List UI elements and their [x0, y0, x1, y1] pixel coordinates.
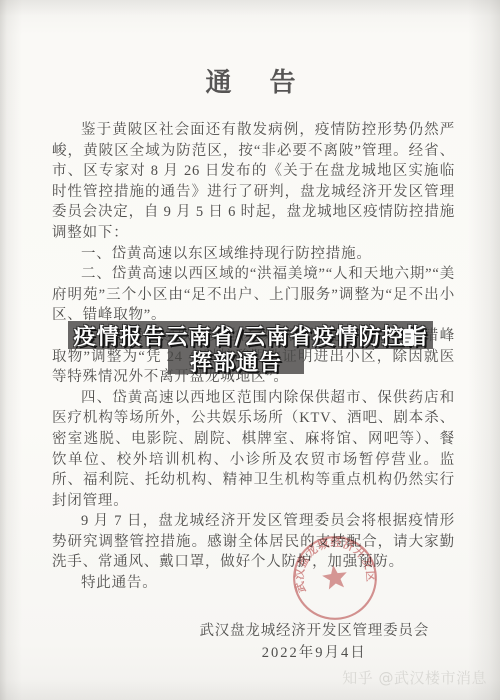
caption-line-2-text: 挥部通告 — [190, 346, 282, 377]
photo-container: 通 告 鉴于黄陂区社会面还有散发病例，疫情防控形势仍然严峻，黄陂区全域为防范区，… — [0, 0, 500, 700]
official-seal: 武汉盘龙城经济开发区管理委员会 — [280, 523, 391, 634]
notice-paragraph: 特此通告。 — [52, 573, 455, 594]
signature-date: 2022年9月4日 — [200, 642, 430, 664]
notice-paragraph: 四、岱黄高速以西地区范围内除保供超市、保供药店和医疗机构等场所外，公共娱乐场所（… — [52, 388, 455, 512]
notice-paragraph: 9 月 7 日，盘龙城经济开发区管理委员会将根据疫情形势研究调整管控措施。感谢全… — [52, 511, 455, 573]
seal-star-icon — [321, 563, 349, 590]
notice-title: 通 告 — [52, 62, 455, 99]
watermark-credit: 知乎 @武汉楼市消息 — [342, 667, 487, 688]
notice-paragraph: 二、岱黄高速以西区域的“洪福美境”“人和天地六期”“美府明苑”三个小区由“足不出… — [52, 264, 455, 326]
notice-paragraph: 一、岱黄高速以东区域维持现行防控措施。 — [52, 244, 455, 265]
notice-paragraph: 鉴于黄陂区社会面还有散发病例，疫情防控形势仍然严峻，黄陂区全域为防范区，按“非必… — [52, 120, 455, 244]
document-icon — [403, 329, 414, 346]
caption-overlay: 疫情报告云南省/云南省疫情防控指 挥部通告 — [0, 321, 500, 374]
caption-line-2: 挥部通告 — [168, 349, 304, 374]
caption-line-1: 疫情报告云南省/云南省疫情防控指 — [68, 321, 433, 349]
